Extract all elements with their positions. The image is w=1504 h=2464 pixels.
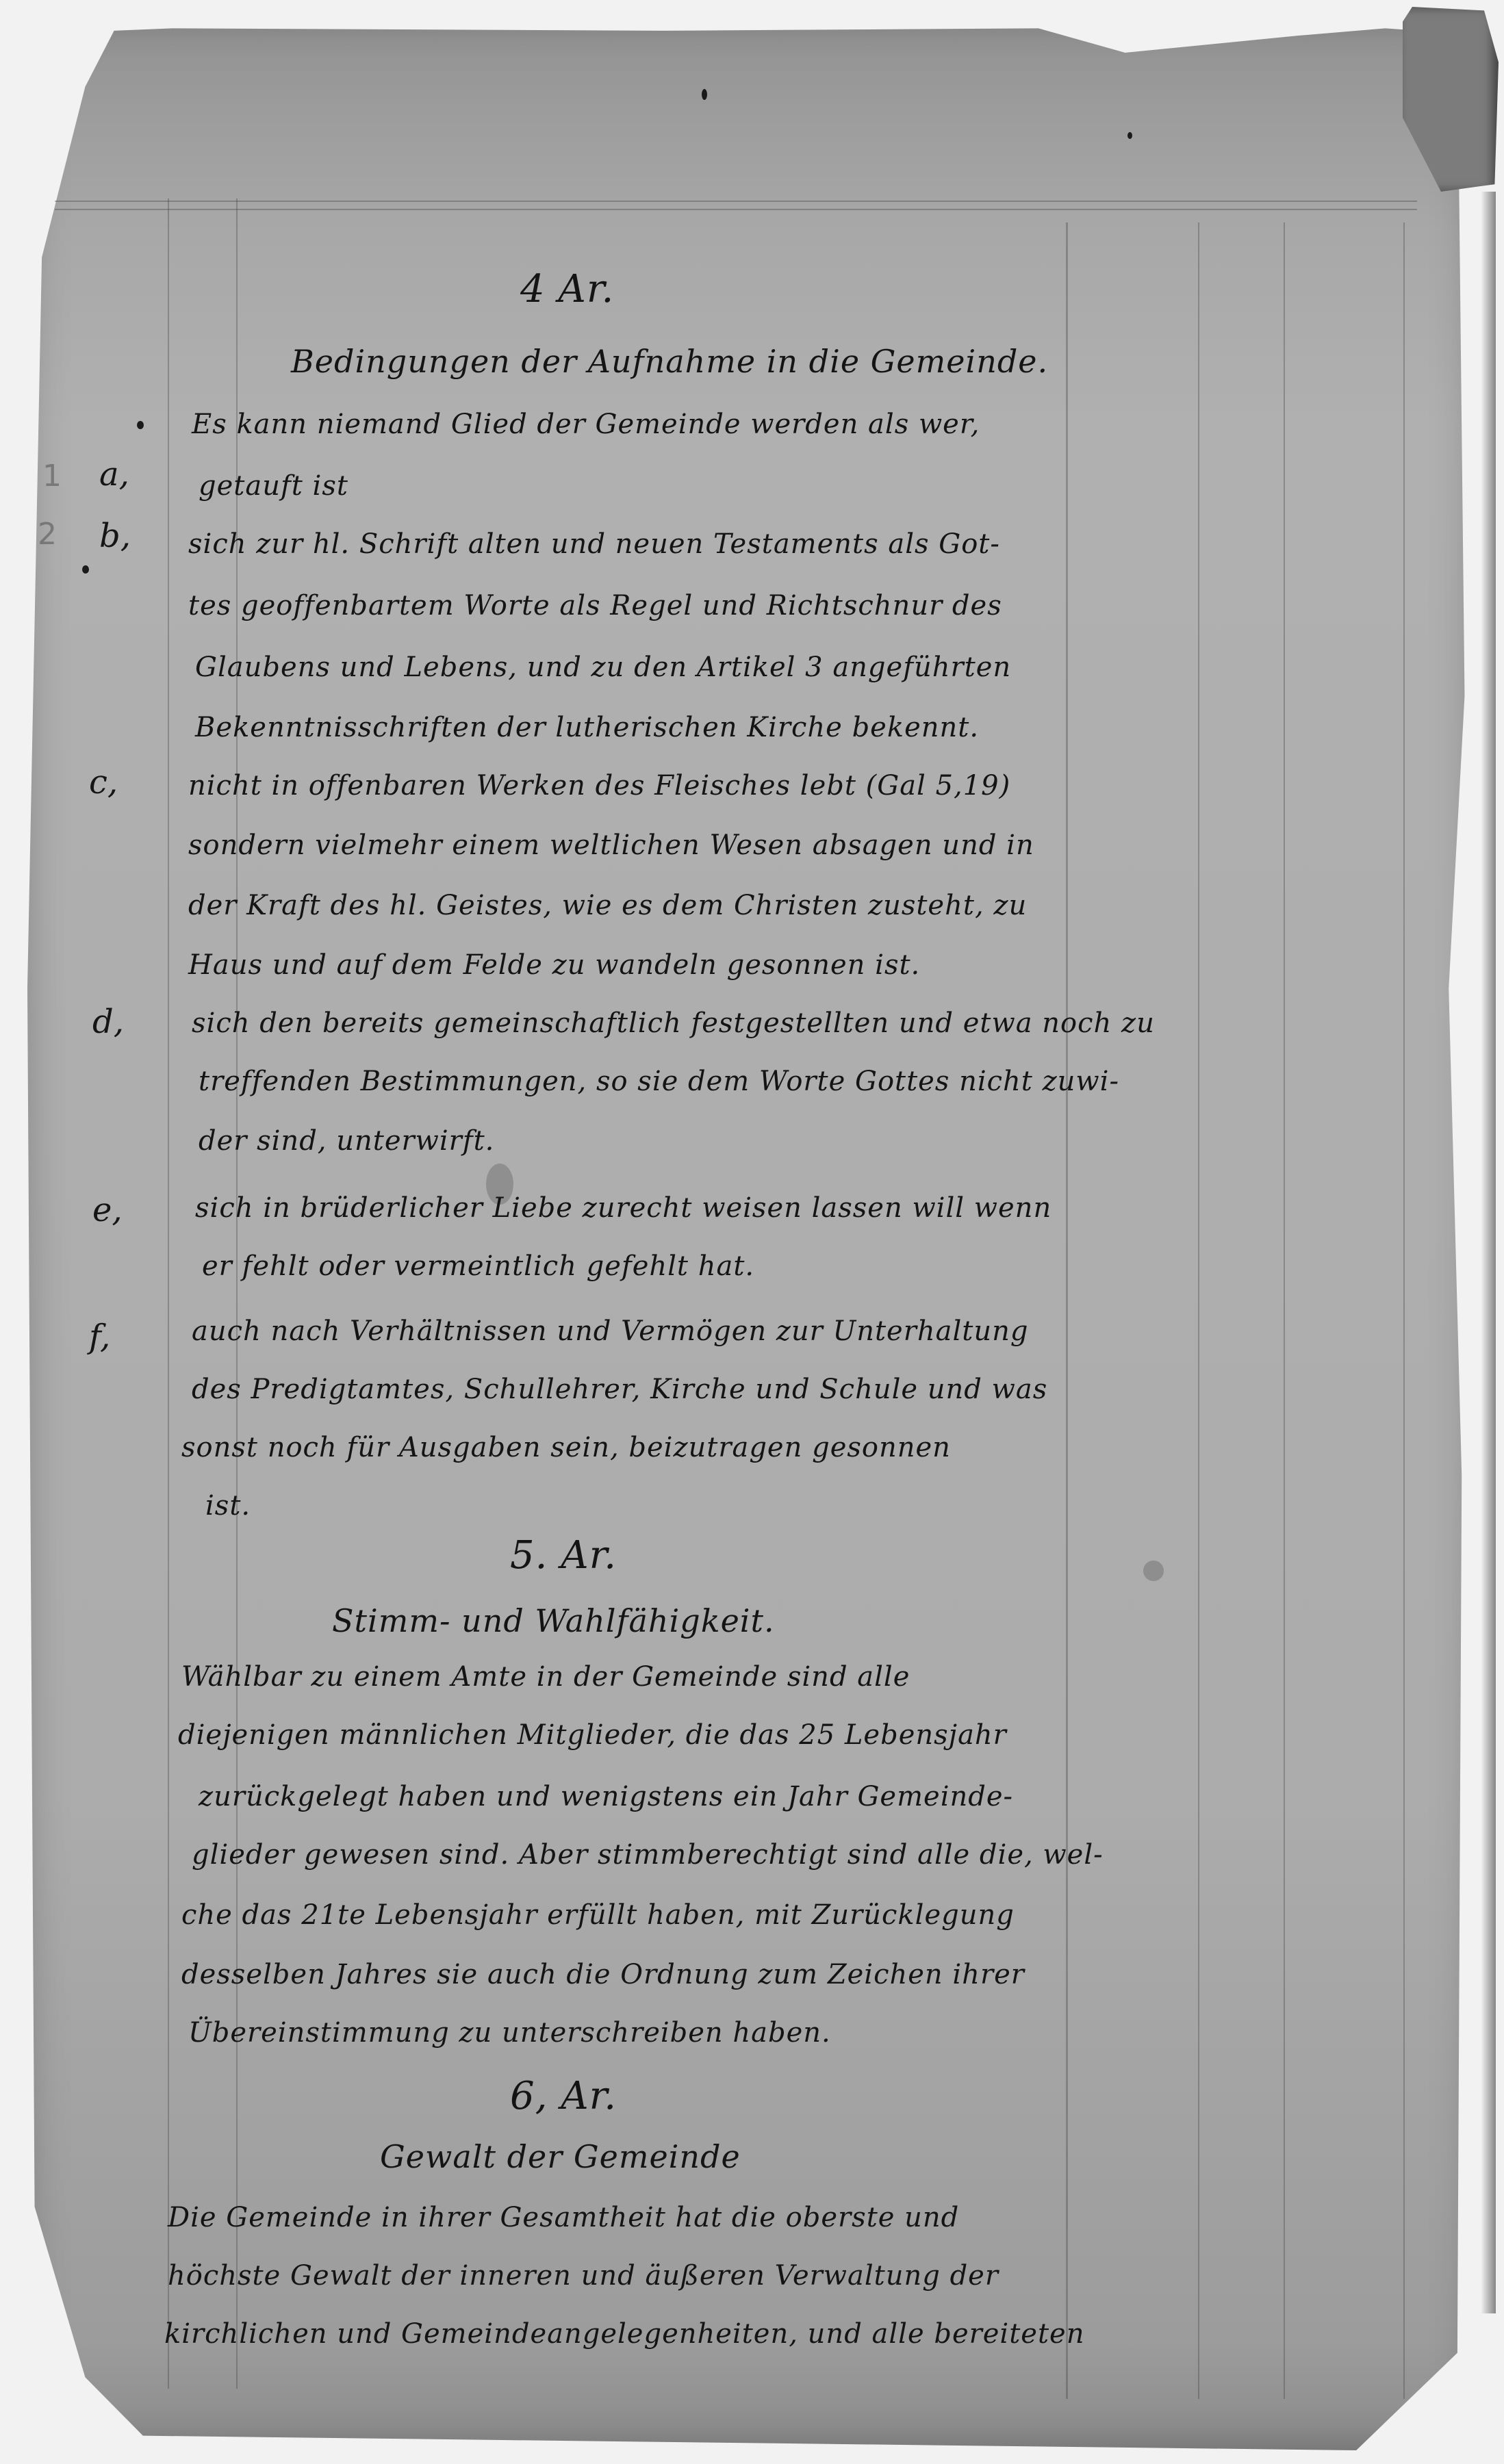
- article-line: desselben Jahres sie auch die Ordnung zu…: [181, 1961, 1025, 1988]
- item-line: des Predigtamtes, Schullehrer, Kirche un…: [192, 1376, 1047, 1403]
- ink-spot: [702, 89, 707, 100]
- ink-spot: [82, 565, 89, 574]
- column-rule: [1066, 222, 1068, 2399]
- article-line: zurückgelegt haben und wenigstens ein Ja…: [199, 1783, 1013, 1810]
- item-line: ist.: [205, 1492, 251, 1519]
- item-line: Haus und auf dem Felde zu wandeln gesonn…: [188, 951, 920, 979]
- paper-stain: [1143, 1561, 1164, 1581]
- item-label: e,: [92, 1191, 123, 1229]
- margin-rule: [236, 198, 238, 2389]
- article-line: Die Gemeinde in ihrer Gesamtheit hat die…: [168, 2204, 959, 2231]
- column-rule: [1198, 222, 1199, 2399]
- ruled-header-line: [55, 201, 1417, 202]
- article-line: höchste Gewalt der inneren und äußeren V…: [168, 2262, 999, 2289]
- item-line: er fehlt oder vermeintlich gefehlt hat.: [202, 1253, 754, 1280]
- item-line: sonst noch für Ausgaben sein, beizutrage…: [181, 1434, 951, 1461]
- ink-spot: [1127, 132, 1132, 139]
- margin-rule: [168, 198, 169, 2389]
- item-line: nicht in offenbaren Werken des Fleisches…: [188, 772, 1010, 799]
- item-line: Bekenntnisschriften der lutherischen Kir…: [195, 714, 979, 741]
- item-label: b,: [99, 517, 131, 555]
- article-line: diejenigen männlichen Mitglieder, die da…: [178, 1721, 1007, 1749]
- item-line: der Kraft des hl. Geistes, wie es dem Ch…: [188, 892, 1027, 919]
- article-number: 4 Ar.: [520, 270, 614, 309]
- item-label: d,: [92, 1003, 124, 1041]
- article-line: kirchlichen und Gemeindeangelegenheiten,…: [164, 2320, 1084, 2348]
- item-label: c,: [89, 763, 118, 801]
- item-line: auch nach Verhältnissen und Vermögen zur…: [192, 1318, 1028, 1345]
- ink-spot: [137, 421, 144, 429]
- item-line: sich in brüderlicher Liebe zurecht weise…: [195, 1194, 1051, 1222]
- item-line: treffenden Bestimmungen, so sie dem Wort…: [199, 1068, 1119, 1095]
- item-line: Glaubens und Lebens, und zu den Artikel …: [195, 654, 1011, 681]
- item-line: sondern vielmehr einem weltlichen Wesen …: [188, 832, 1034, 859]
- article-number: 6, Ar.: [510, 2077, 617, 2116]
- article-line: glieder gewesen sind. Aber stimmberechti…: [192, 1841, 1104, 1869]
- item-label: a,: [99, 455, 129, 493]
- ruled-header-line: [55, 209, 1417, 210]
- item-line: sich den bereits gemeinschaftlich festge…: [192, 1010, 1155, 1037]
- item-line: getauft ist: [199, 472, 348, 500]
- pencil-number: 2: [38, 517, 57, 552]
- item-line: tes geoffenbartem Worte als Regel und Ri…: [188, 592, 1002, 619]
- column-rule: [1284, 222, 1285, 2399]
- article-intro: Es kann niemand Glied der Gemeinde werde…: [192, 411, 980, 438]
- pencil-number: 1: [42, 459, 62, 493]
- article-line: che das 21te Lebensjahr erfüllt haben, m…: [181, 1901, 1015, 1929]
- article-title: Bedingungen der Aufnahme in die Gemeinde…: [291, 346, 1048, 377]
- article-title: Gewalt der Gemeinde: [380, 2141, 741, 2172]
- article-line: Übereinstimmung zu unterschreiben haben.: [188, 2019, 831, 2046]
- article-title: Stimm- und Wahlfähigkeit.: [332, 1605, 775, 1637]
- item-line: der sind, unterwirft.: [199, 1127, 494, 1155]
- item-label: f,: [89, 1318, 110, 1356]
- article-line: Wählbar zu einem Amte in der Gemeinde si…: [181, 1663, 910, 1691]
- column-rule: [1403, 222, 1405, 2399]
- item-line: sich zur hl. Schrift alten und neuen Tes…: [188, 530, 1000, 558]
- article-number: 5. Ar.: [510, 1537, 617, 1575]
- page-edge-shadow: [1481, 192, 1496, 2313]
